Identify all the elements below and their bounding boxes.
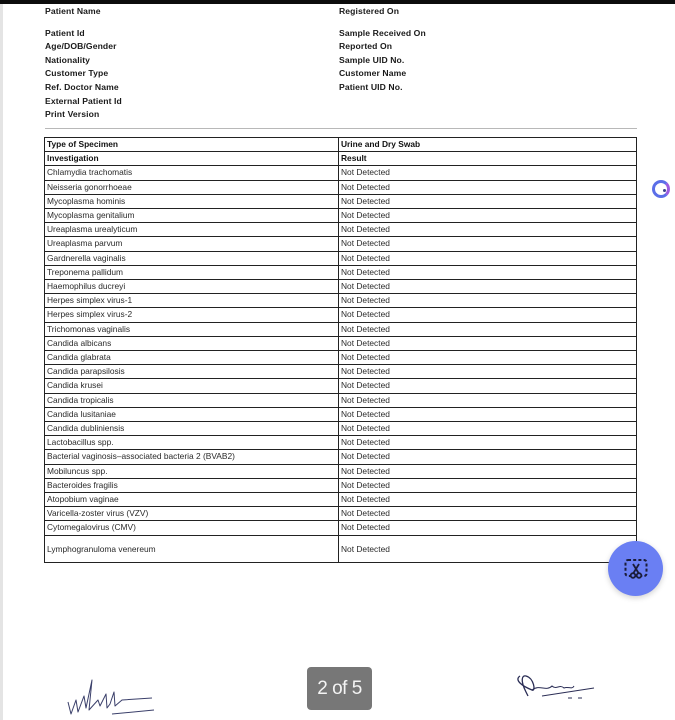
screenshot-button[interactable] bbox=[608, 541, 663, 596]
table-row: Bacterial vaginosis–associated bacteria … bbox=[45, 450, 637, 464]
table-header-row: Investigation Result bbox=[45, 152, 637, 166]
investigation-cell: Mobiluncus spp. bbox=[45, 464, 339, 478]
page-indicator: 2 of 5 bbox=[307, 667, 372, 710]
patient-info-field-label: External Patient Id bbox=[45, 95, 122, 109]
investigation-cell: Neisseria gonorrhoeae bbox=[45, 180, 339, 194]
patient-info-field-label: Ref. Doctor Name bbox=[45, 81, 122, 95]
result-cell: Not Detected bbox=[339, 478, 637, 492]
patient-info-field-label: Age/DOB/Gender bbox=[45, 40, 122, 54]
table-row: Treponema pallidumNot Detected bbox=[45, 265, 637, 279]
result-cell: Not Detected bbox=[339, 507, 637, 521]
result-cell: Not Detected bbox=[339, 493, 637, 507]
investigation-cell: Atopobium vaginae bbox=[45, 493, 339, 507]
result-cell: Not Detected bbox=[339, 251, 637, 265]
result-cell: Not Detected bbox=[339, 194, 637, 208]
loading-spinner-icon bbox=[652, 180, 670, 198]
table-row: Lactobacillus spp.Not Detected bbox=[45, 436, 637, 450]
result-cell: Not Detected bbox=[339, 351, 637, 365]
table-row: Ureaplasma urealyticumNot Detected bbox=[45, 223, 637, 237]
table-row: Lymphogranuloma venereumNot Detected bbox=[45, 535, 637, 562]
investigation-cell: Chlamydia trachomatis bbox=[45, 166, 339, 180]
result-cell: Not Detected bbox=[339, 308, 637, 322]
table-row: Ureaplasma parvumNot Detected bbox=[45, 237, 637, 251]
investigation-cell: Candida lusitaniae bbox=[45, 407, 339, 421]
column-header-result: Result bbox=[339, 152, 637, 166]
result-cell: Not Detected bbox=[339, 535, 637, 562]
table-row: Candida glabrataNot Detected bbox=[45, 351, 637, 365]
registration-info-field-label: Customer Name bbox=[339, 67, 426, 81]
patient-info-field-label: Customer Type bbox=[45, 67, 122, 81]
table-row: Candida dubliniensisNot Detected bbox=[45, 422, 637, 436]
result-cell: Not Detected bbox=[339, 521, 637, 535]
investigation-cell: Candida tropicalis bbox=[45, 393, 339, 407]
specimen-row: Type of Specimen Urine and Dry Swab bbox=[45, 138, 637, 152]
investigation-cell: Mycoplasma genitalium bbox=[45, 209, 339, 223]
investigation-cell: Herpes simplex virus-2 bbox=[45, 308, 339, 322]
investigation-cell: Candida parapsilosis bbox=[45, 365, 339, 379]
table-row: Neisseria gonorrhoeaeNot Detected bbox=[45, 180, 637, 194]
specimen-value: Urine and Dry Swab bbox=[339, 138, 637, 152]
investigation-cell: Cytomegalovirus (CMV) bbox=[45, 521, 339, 535]
registration-info-field-label: Sample Received On bbox=[339, 27, 426, 41]
result-cell: Not Detected bbox=[339, 379, 637, 393]
registration-info-field-label: Registered On bbox=[339, 5, 426, 19]
header-divider bbox=[45, 128, 637, 129]
result-cell: Not Detected bbox=[339, 237, 637, 251]
table-row: Candida lusitaniaeNot Detected bbox=[45, 407, 637, 421]
screenshot-scissors-icon bbox=[623, 556, 649, 582]
registration-info-field-label: Sample UID No. bbox=[339, 54, 426, 68]
result-cell: Not Detected bbox=[339, 450, 637, 464]
investigation-cell: Ureaplasma parvum bbox=[45, 237, 339, 251]
result-cell: Not Detected bbox=[339, 265, 637, 279]
investigation-cell: Candida glabrata bbox=[45, 351, 339, 365]
registration-info-labels: Registered OnSample Received OnReported … bbox=[339, 5, 426, 95]
investigation-cell: Haemophilus ducreyi bbox=[45, 280, 339, 294]
investigation-cell: Trichomonas vaginalis bbox=[45, 322, 339, 336]
investigation-cell: Lactobacillus spp. bbox=[45, 436, 339, 450]
result-cell: Not Detected bbox=[339, 436, 637, 450]
result-cell: Not Detected bbox=[339, 223, 637, 237]
investigation-cell: Candida dubliniensis bbox=[45, 422, 339, 436]
registration-info-field-label: Reported On bbox=[339, 40, 426, 54]
result-cell: Not Detected bbox=[339, 336, 637, 350]
table-row: Trichomonas vaginalisNot Detected bbox=[45, 322, 637, 336]
table-row: Mobiluncus spp.Not Detected bbox=[45, 464, 637, 478]
result-cell: Not Detected bbox=[339, 280, 637, 294]
table-row: Haemophilus ducreyiNot Detected bbox=[45, 280, 637, 294]
investigation-cell: Candida krusei bbox=[45, 379, 339, 393]
table-row: Herpes simplex virus-2Not Detected bbox=[45, 308, 637, 322]
table-row: Chlamydia trachomatisNot Detected bbox=[45, 166, 637, 180]
table-row: Candida tropicalisNot Detected bbox=[45, 393, 637, 407]
table-row: Mycoplasma genitaliumNot Detected bbox=[45, 209, 637, 223]
result-cell: Not Detected bbox=[339, 166, 637, 180]
table-row: Varicella-zoster virus (VZV)Not Detected bbox=[45, 507, 637, 521]
investigation-cell: Gardnerella vaginalis bbox=[45, 251, 339, 265]
result-cell: Not Detected bbox=[339, 393, 637, 407]
table-row: Atopobium vaginaeNot Detected bbox=[45, 493, 637, 507]
patient-info-labels: Patient NamePatient IdAge/DOB/GenderNati… bbox=[45, 5, 122, 122]
result-cell: Not Detected bbox=[339, 422, 637, 436]
registration-info-field-label: Patient UID No. bbox=[339, 81, 426, 95]
report-page: Patient NamePatient IdAge/DOB/GenderNati… bbox=[3, 4, 675, 720]
table-row: Candida kruseiNot Detected bbox=[45, 379, 637, 393]
patient-info-field-label: Patient Name bbox=[45, 5, 122, 19]
investigation-cell: Treponema pallidum bbox=[45, 265, 339, 279]
result-cell: Not Detected bbox=[339, 365, 637, 379]
patient-info-field-label: Print Version bbox=[45, 108, 122, 122]
result-cell: Not Detected bbox=[339, 464, 637, 478]
investigation-cell: Varicella-zoster virus (VZV) bbox=[45, 507, 339, 521]
patient-info-field-label: Patient Id bbox=[45, 27, 122, 41]
table-row: Herpes simplex virus-1Not Detected bbox=[45, 294, 637, 308]
investigation-cell: Ureaplasma urealyticum bbox=[45, 223, 339, 237]
table-row: Candida parapsilosisNot Detected bbox=[45, 365, 637, 379]
result-cell: Not Detected bbox=[339, 322, 637, 336]
investigation-cell: Lymphogranuloma venereum bbox=[45, 535, 339, 562]
patient-info-field-label: Nationality bbox=[45, 54, 122, 68]
signature-left bbox=[62, 670, 157, 720]
result-cell: Not Detected bbox=[339, 294, 637, 308]
column-header-investigation: Investigation bbox=[45, 152, 339, 166]
investigation-cell: Candida albicans bbox=[45, 336, 339, 350]
investigation-cell: Herpes simplex virus-1 bbox=[45, 294, 339, 308]
result-cell: Not Detected bbox=[339, 407, 637, 421]
table-row: Candida albicansNot Detected bbox=[45, 336, 637, 350]
table-row: Mycoplasma hominisNot Detected bbox=[45, 194, 637, 208]
signature-right bbox=[512, 670, 602, 710]
investigation-cell: Bacteroides fragilis bbox=[45, 478, 339, 492]
investigation-cell: Bacterial vaginosis–associated bacteria … bbox=[45, 450, 339, 464]
specimen-label: Type of Specimen bbox=[45, 138, 339, 152]
pdf-viewer: Patient NamePatient IdAge/DOB/GenderNati… bbox=[0, 0, 675, 720]
table-row: Gardnerella vaginalisNot Detected bbox=[45, 251, 637, 265]
result-cell: Not Detected bbox=[339, 180, 637, 194]
table-row: Cytomegalovirus (CMV)Not Detected bbox=[45, 521, 637, 535]
table-row: Bacteroides fragilisNot Detected bbox=[45, 478, 637, 492]
results-table: Type of Specimen Urine and Dry Swab Inve… bbox=[44, 137, 637, 563]
investigation-cell: Mycoplasma hominis bbox=[45, 194, 339, 208]
result-cell: Not Detected bbox=[339, 209, 637, 223]
